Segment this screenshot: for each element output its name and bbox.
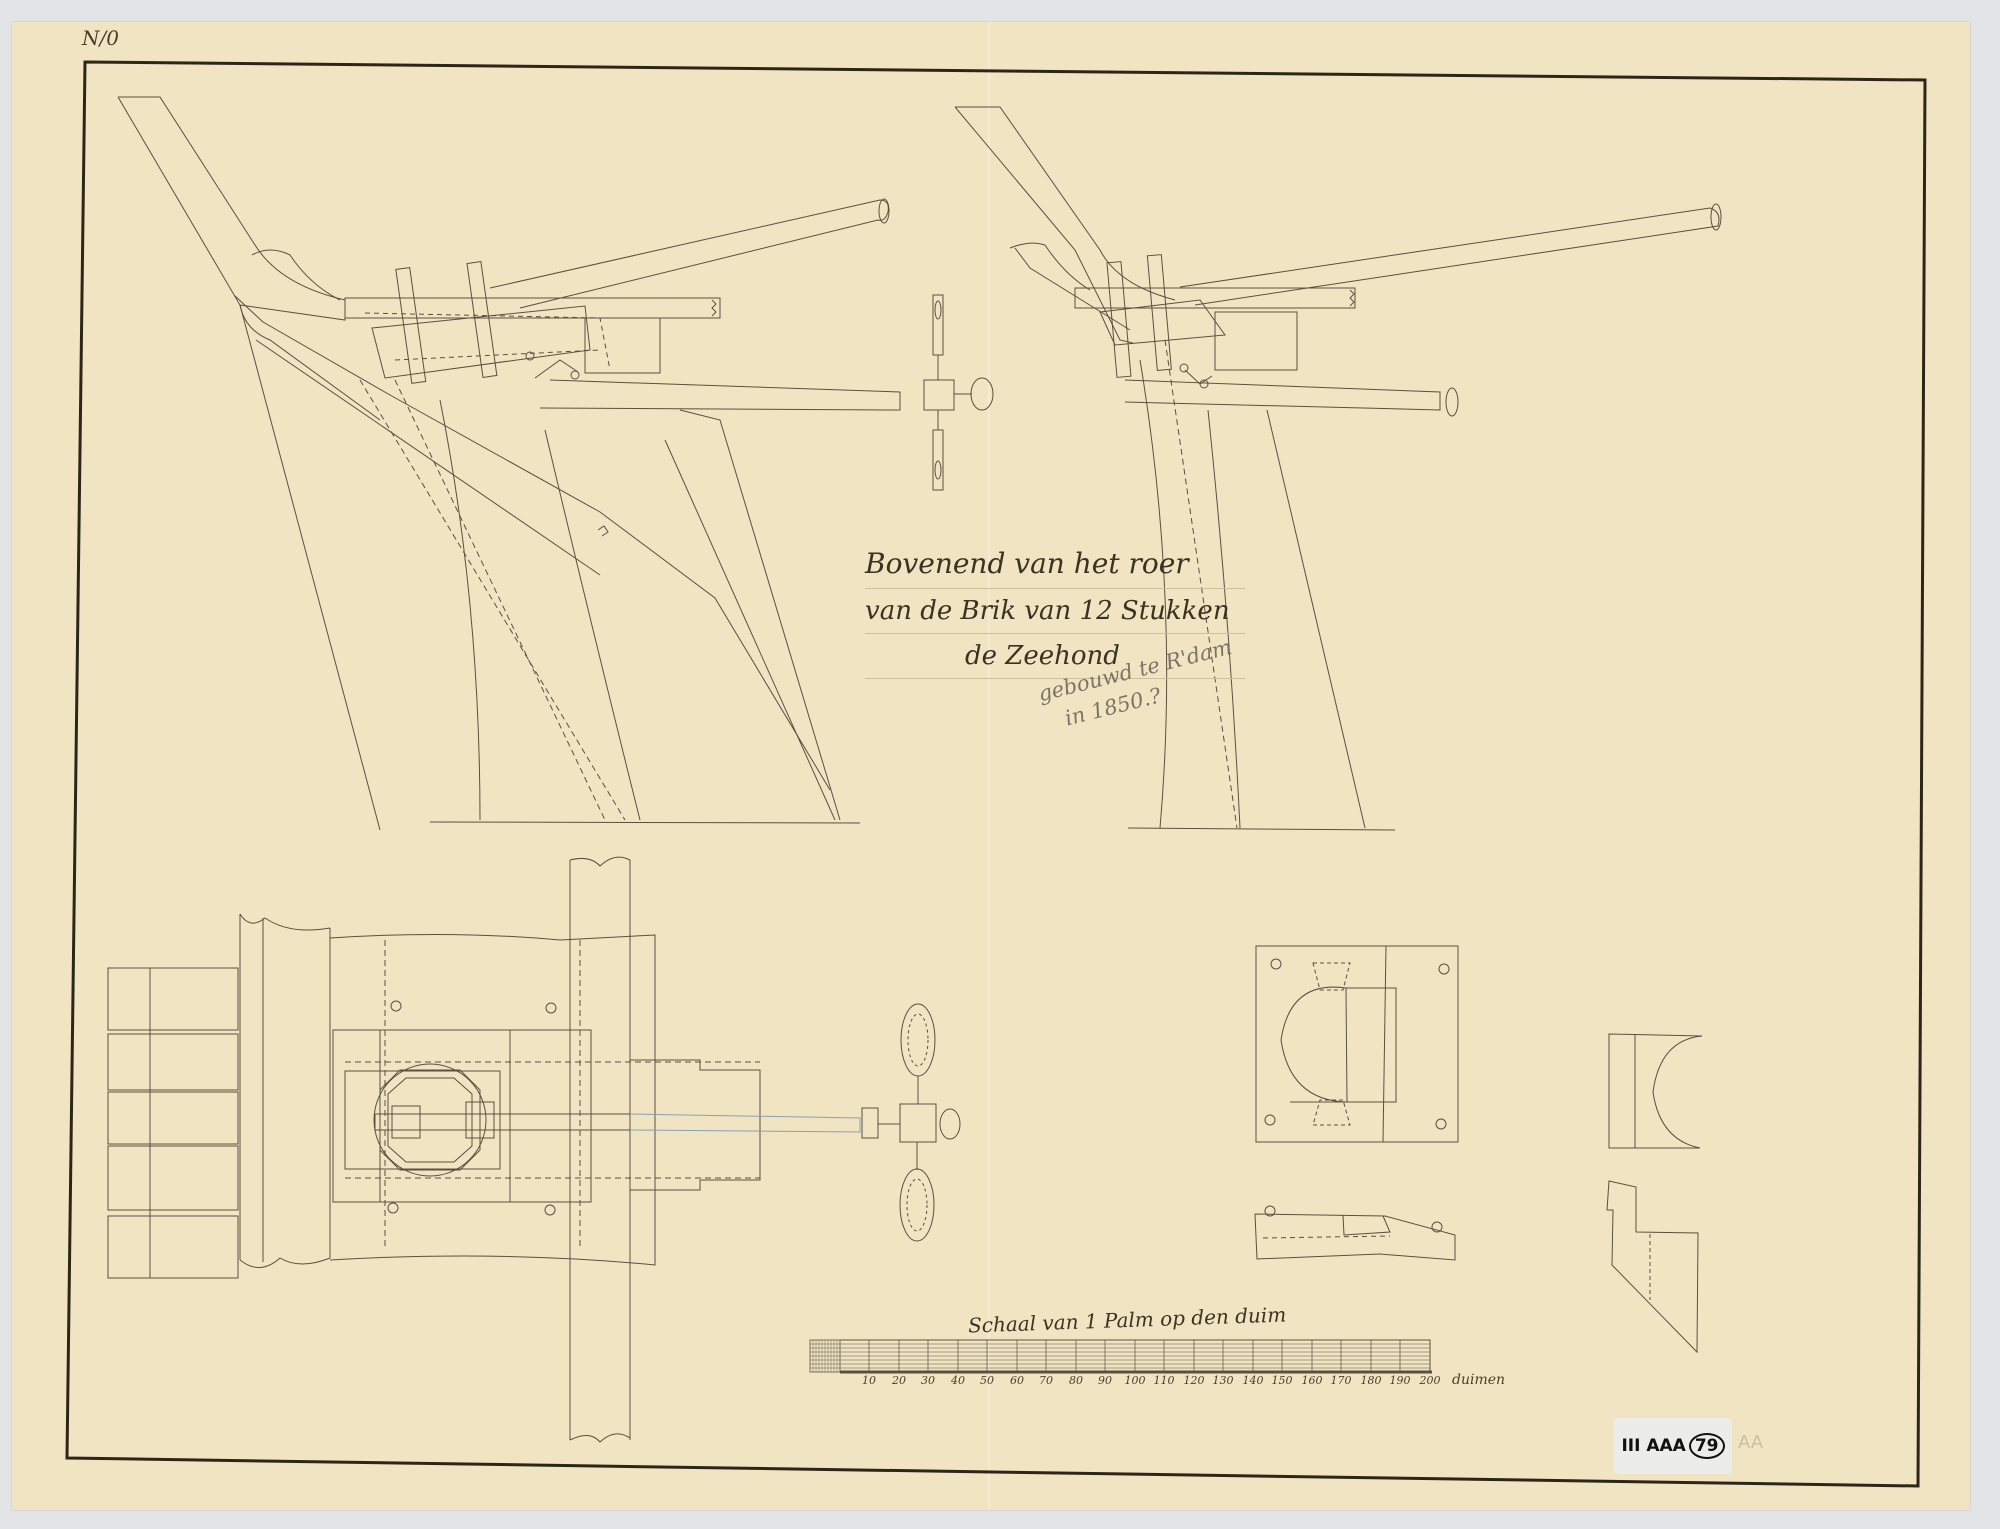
scale-tick: 80 — [1069, 1374, 1083, 1387]
detail-wedge — [1255, 1206, 1455, 1260]
scale-tick-labels: 10 20 30 40 50 60 70 80 90 100 110 120 1… — [855, 1374, 1455, 1396]
scale-tick: 60 — [1010, 1374, 1024, 1387]
scale-tick: 140 — [1243, 1374, 1264, 1387]
drawing-border — [67, 62, 1925, 1486]
scale-tick: 180 — [1361, 1374, 1382, 1387]
scale-tick: 20 — [892, 1374, 906, 1387]
scale-tick: 90 — [1098, 1374, 1112, 1387]
detail-plate — [1256, 946, 1458, 1142]
archive-label: III AAA 79 — [1614, 1418, 1732, 1474]
scale-tick: 200 — [1420, 1374, 1441, 1387]
scale-tick: 110 — [1154, 1374, 1175, 1387]
scale-tick: 170 — [1331, 1374, 1352, 1387]
detail-semicircle-block — [1609, 1034, 1702, 1148]
side-elevation-left — [118, 97, 993, 830]
faint-mark: AA — [1738, 1432, 1763, 1453]
sheet-number: N/0 — [82, 26, 119, 50]
scale-tick: 150 — [1272, 1374, 1293, 1387]
scale-tick: 130 — [1213, 1374, 1234, 1387]
scale-unit: duimen — [1452, 1372, 1505, 1388]
scale-tick: 10 — [862, 1374, 876, 1387]
scale-tick: 50 — [980, 1374, 994, 1387]
archive-label-number: 79 — [1689, 1433, 1725, 1459]
scale-tick: 30 — [921, 1374, 935, 1387]
scale-bar — [810, 1340, 1432, 1372]
archive-label-prefix: III AAA — [1621, 1436, 1685, 1456]
scale-tick: 70 — [1039, 1374, 1053, 1387]
scale-tick: 160 — [1302, 1374, 1323, 1387]
plan-view — [108, 857, 960, 1442]
scale-tick: 100 — [1125, 1374, 1146, 1387]
title-line-1: Bovenend van het roer — [865, 540, 1245, 589]
scale-tick: 190 — [1390, 1374, 1411, 1387]
technical-drawing — [0, 0, 2000, 1529]
scale-tick: 40 — [951, 1374, 965, 1387]
scale-tick: 120 — [1184, 1374, 1205, 1387]
title-line-2: van de Brik van 12 Stukken — [865, 589, 1245, 634]
detail-angled-block — [1607, 1181, 1698, 1352]
